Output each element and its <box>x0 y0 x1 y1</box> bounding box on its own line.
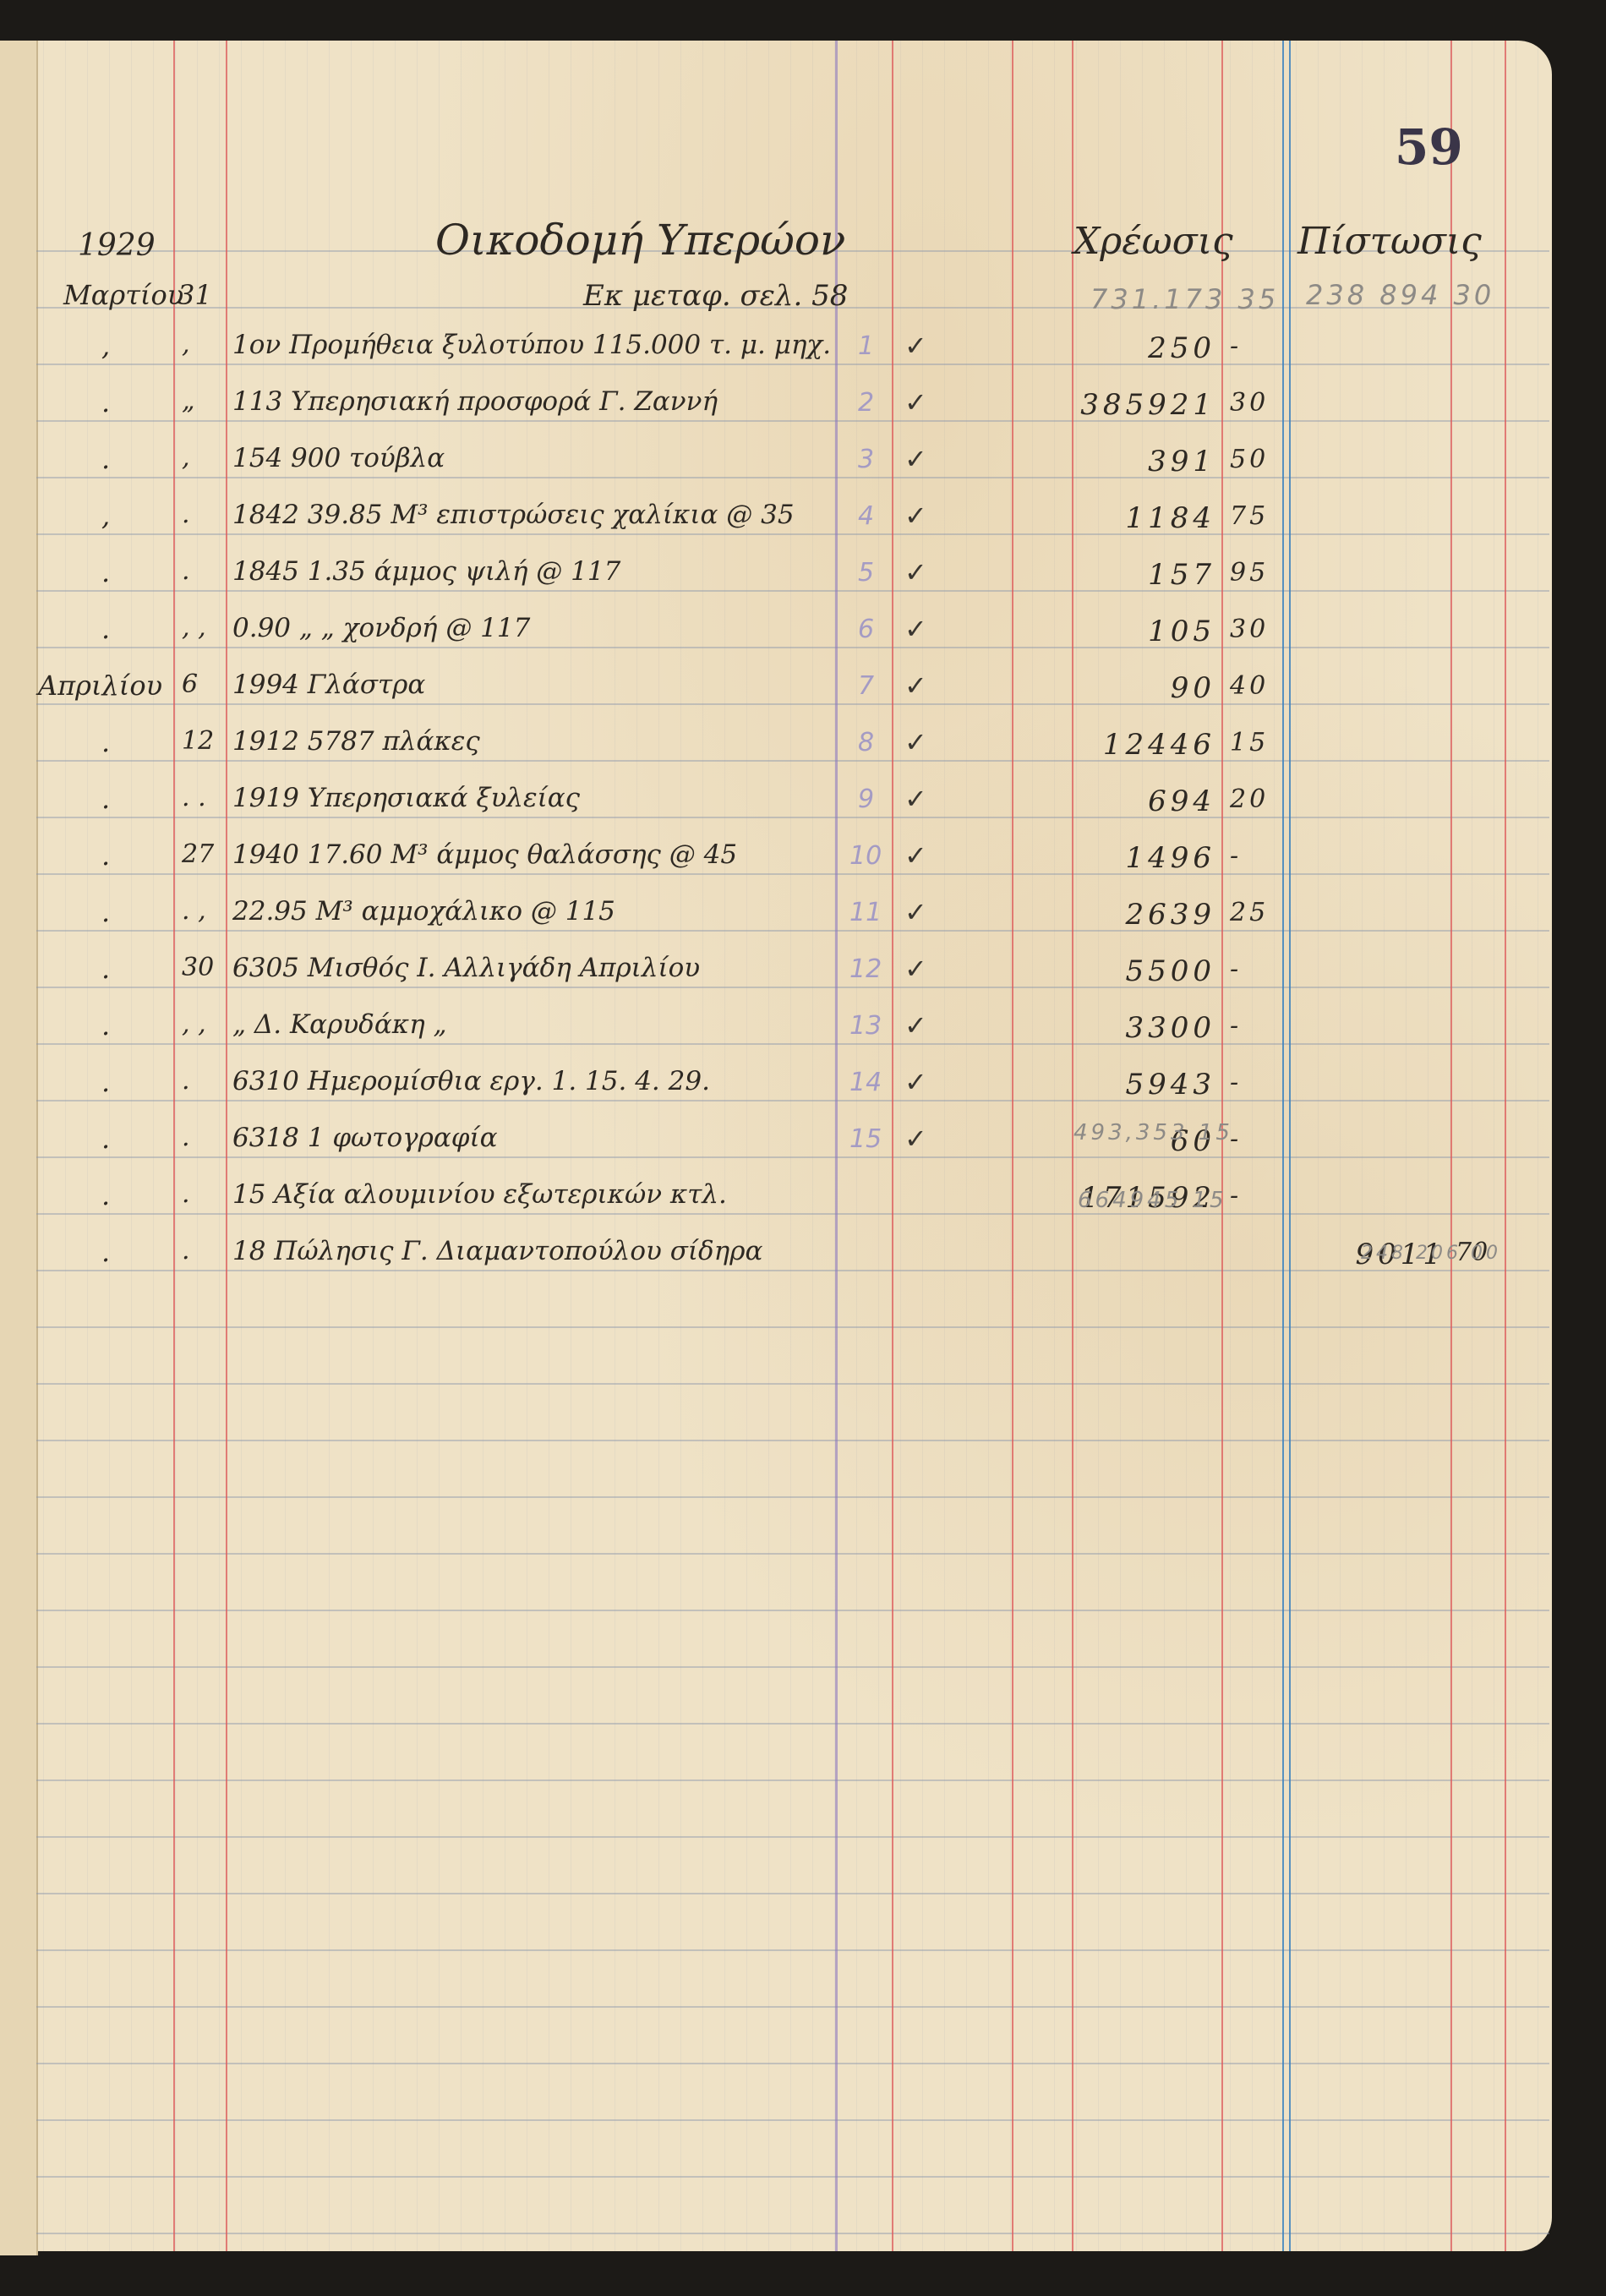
entry-reference-number: 8 <box>858 728 874 757</box>
debit-amount: 105 <box>1148 615 1215 648</box>
ruled-line <box>36 1666 1549 1668</box>
debit-amount: 1184 <box>1125 501 1215 535</box>
entry-reference-number: 12 <box>849 954 882 984</box>
entry-reference-number: 2 <box>858 388 874 418</box>
ruled-line <box>36 1553 1549 1555</box>
carry-month: Μαρτίου <box>63 279 183 311</box>
entry-description: 18 Πώλησις Γ. Διαμαντοπούλου σίδηρα <box>232 1236 762 1266</box>
entry-day: , , <box>182 1009 206 1039</box>
entry-day: . <box>182 1179 190 1209</box>
debit-amount-cell: 12446 <box>1072 728 1215 762</box>
ruled-line <box>36 2119 1549 2121</box>
debit-amount: 1496 <box>1125 841 1215 875</box>
page-number: 59 <box>1395 118 1463 176</box>
debit-cents: 40 <box>1230 671 1269 701</box>
ruled-line <box>36 1893 1549 1894</box>
debit-amount: 12446 <box>1103 728 1215 762</box>
entry-reference-number: 7 <box>858 671 874 701</box>
entry-reference-number: 6 <box>858 615 874 644</box>
entry-reference-number: 11 <box>849 898 882 927</box>
entry-month: . <box>101 556 110 588</box>
credit-amount-cell <box>1293 1011 1445 1045</box>
entry-description: 6310 Ημερομίσθια εργ. 1. 15. 4. 29. <box>232 1066 710 1096</box>
debit-amount: 90 <box>1171 671 1215 705</box>
checkmark-icon: ✓ <box>904 839 927 872</box>
checkmark-icon: ✓ <box>904 500 927 532</box>
credit-amount-cell <box>1293 841 1445 875</box>
debit-amount-cell: 1496 <box>1072 841 1215 875</box>
entry-day: . <box>182 1236 190 1266</box>
entry-day: . , <box>182 896 206 926</box>
ruled-line <box>36 1949 1549 1951</box>
checkmark-icon: ✓ <box>904 330 927 362</box>
credit-amount-cell <box>1293 615 1445 648</box>
debit-amount-cell: 5500 <box>1072 954 1215 988</box>
entry-day: 27 <box>182 839 214 869</box>
debit-amount-cell: 5943 <box>1072 1068 1215 1102</box>
debit-amount: 391 <box>1148 445 1215 478</box>
debit-amount: 157 <box>1148 558 1215 592</box>
ruled-line <box>36 1723 1549 1725</box>
checkmark-icon: ✓ <box>904 670 927 702</box>
checkmark-icon: ✓ <box>904 783 927 815</box>
debit-column-header: Χρέωσις <box>1073 220 1233 263</box>
year: 1929 <box>78 228 156 263</box>
entry-month: . <box>101 726 110 758</box>
entry-description: 1845 1.35 άμμος ψιλή @ 117 <box>232 556 620 587</box>
ruled-line <box>36 1779 1549 1781</box>
credit-amount-cell <box>1293 954 1445 988</box>
entry-description: 15 Αξία αλουμινίου εξωτερικών κτλ. <box>232 1179 727 1210</box>
debit-amount: 5500 <box>1125 954 1215 988</box>
pencil-subtotal-2: 664945 15 <box>1078 1188 1227 1213</box>
carry-credit: 238 894 30 <box>1306 279 1494 311</box>
credit-column-header: Πίστωσις <box>1297 220 1482 263</box>
entry-description: 113 Υπερησιακή προσφορά Γ. Ζαννή <box>232 386 718 417</box>
debit-credit-rule-a <box>1282 41 1284 2251</box>
entry-month: . <box>101 839 110 872</box>
carry-day: 31 <box>178 279 212 311</box>
debit-amount-cell <box>1072 1238 1215 1271</box>
debit-amount-cell: 250 <box>1072 331 1215 365</box>
debit-cents: 50 <box>1230 445 1269 474</box>
debit-cents: - <box>1230 1068 1242 1097</box>
ruled-line <box>36 1383 1549 1385</box>
ruled-line <box>36 1836 1549 1838</box>
entry-day: . <box>182 556 190 586</box>
entry-reference-number: 10 <box>849 841 882 871</box>
debit-amount: 2639 <box>1125 898 1215 932</box>
entry-description: 1ον Προμήθεια ξυλοτύπου 115.000 τ. μ. μη… <box>232 330 831 360</box>
checkmark-icon: ✓ <box>904 896 927 928</box>
entry-month: . <box>101 443 110 475</box>
entry-day: 12 <box>182 726 214 756</box>
entry-description: „ Δ. Καρυδάκη „ <box>232 1009 447 1040</box>
entry-description: 1912 5787 πλάκες <box>232 726 480 757</box>
margin-rule-2 <box>226 41 227 2251</box>
debit-cents: - <box>1230 841 1242 871</box>
debit-amount-cell: 90 <box>1072 671 1215 705</box>
entry-month: . <box>101 1123 110 1155</box>
entry-month: . <box>101 1066 110 1098</box>
entry-month: . <box>101 1179 110 1211</box>
ruled-line <box>36 1440 1549 1441</box>
entry-day: „ <box>182 386 195 416</box>
margin-rule-1 <box>173 41 175 2251</box>
entry-reference-number: 14 <box>849 1068 882 1097</box>
ruled-line <box>36 1496 1549 1498</box>
entry-description: 6318 1 φωτογραφία <box>232 1123 498 1153</box>
entry-description: 1994 Γλάστρα <box>232 670 425 700</box>
checkmark-icon: ✓ <box>904 556 927 588</box>
entry-description: 1842 39.85 M³ επιστρώσεις χαλίκια @ 35 <box>232 500 795 530</box>
ruled-line <box>36 1610 1549 1611</box>
checkmark-icon: ✓ <box>904 726 927 758</box>
entry-reference-number: 5 <box>858 558 874 588</box>
entry-day: 30 <box>182 953 214 982</box>
credit-amount-cell <box>1293 445 1445 478</box>
debit-cents: 30 <box>1230 388 1269 418</box>
entry-description: 22.95 M³ αμμοχάλικο @ 115 <box>232 896 615 927</box>
debit-cents: 95 <box>1230 558 1269 588</box>
cents-rule-debit <box>1221 41 1223 2251</box>
entry-description: 0.90 „ „ χονδρή @ 117 <box>232 613 530 643</box>
entry-month: , <box>101 330 110 362</box>
checkmark-icon: ✓ <box>904 386 927 418</box>
entry-reference-number: 4 <box>858 501 874 531</box>
debit-cents: 25 <box>1230 898 1269 927</box>
credit-amount-cell <box>1293 671 1445 705</box>
entry-month: . <box>101 953 110 985</box>
checkmark-icon: ✓ <box>904 613 927 645</box>
entry-reference-number: 13 <box>849 1011 882 1041</box>
debit-amount: 5943 <box>1125 1068 1215 1102</box>
debit-amount-cell: 391 <box>1072 445 1215 478</box>
credit-amount-cell <box>1293 558 1445 592</box>
checkmark-icon: ✓ <box>904 953 927 985</box>
entry-month: . <box>101 613 110 645</box>
entry-day: . . <box>182 783 206 812</box>
ruled-line <box>36 2063 1549 2064</box>
debit-amount-cell: 1184 <box>1072 501 1215 535</box>
credit-amount-cell <box>1293 898 1445 932</box>
debit-credit-rule-b <box>1289 41 1291 2251</box>
credit-amount-cell <box>1293 331 1445 365</box>
pencil-subtotal-1: 493,353 15 <box>1073 1120 1233 1145</box>
carry-debit: 731.173 35 <box>1090 283 1279 315</box>
debit-cents: 20 <box>1230 784 1269 814</box>
cents-rule-credit <box>1450 41 1452 2251</box>
reference-rule <box>835 41 838 2251</box>
entry-month: . <box>101 896 110 928</box>
debit-cents: - <box>1230 954 1242 984</box>
entry-description: 6305 Μισθός Ι. Αλλιγάδη Απριλίου <box>232 953 700 983</box>
entry-day: , , <box>182 613 206 642</box>
credit-amount-cell <box>1293 728 1445 762</box>
checkmark-icon: ✓ <box>904 443 927 475</box>
debit-cents: - <box>1230 1011 1242 1041</box>
debit-amount: 3300 <box>1125 1011 1215 1045</box>
debit-cents: - <box>1230 331 1242 361</box>
debit-amount-cell: 385921 <box>1072 388 1215 422</box>
ruled-line <box>36 1326 1549 1328</box>
entry-day: , <box>182 330 190 359</box>
page-title: Οικοδομή Υπερώον <box>435 216 845 265</box>
debit-amount: 694 <box>1148 784 1215 818</box>
entry-month: Απριλίου <box>38 670 162 702</box>
page-spine-fold <box>0 41 38 2255</box>
entry-description: 1919 Υπερησιακά ξυλείας <box>232 783 580 813</box>
entry-reference-number: 1 <box>858 331 874 361</box>
debit-amount-cell: 3300 <box>1072 1011 1215 1045</box>
debit-amount-cell: 157 <box>1072 558 1215 592</box>
entry-day: 6 <box>182 670 198 699</box>
checkmark-icon: ✓ <box>904 1066 927 1098</box>
debit-amount-cell: 2639 <box>1072 898 1215 932</box>
entry-month: . <box>101 783 110 815</box>
page-subtitle: Εκ μεταφ. σελ. 58 <box>583 279 848 313</box>
debit-cents: 15 <box>1230 728 1269 757</box>
entry-month: . <box>101 1009 110 1041</box>
entry-reference-number: 15 <box>849 1124 882 1154</box>
credit-amount-cell <box>1293 1181 1445 1215</box>
debit-cents: 75 <box>1230 501 1269 531</box>
debit-amount-cell: 105 <box>1072 615 1215 648</box>
entry-month: . <box>101 1236 110 1268</box>
pencil-credit-total: 248 206 00 <box>1361 1243 1501 1264</box>
checkmark-icon: ✓ <box>904 1123 927 1155</box>
credit-amount-cell <box>1293 388 1445 422</box>
entry-reference-number: 9 <box>858 784 874 814</box>
credit-amount-cell <box>1293 1124 1445 1158</box>
debit-amount: 250 <box>1148 331 1215 365</box>
check-rule <box>892 41 893 2251</box>
credit-amount-cell <box>1293 1068 1445 1102</box>
entry-month: , <box>101 500 110 532</box>
entry-reference-number: 3 <box>858 445 874 474</box>
ruled-line <box>36 2233 1549 2234</box>
entry-day: . <box>182 1123 190 1152</box>
debit-amount: 385921 <box>1080 388 1215 422</box>
ruled-line <box>36 2006 1549 2008</box>
column-rule-1 <box>1012 41 1013 2251</box>
ruled-line <box>36 2176 1549 2178</box>
entry-month: . <box>101 386 110 418</box>
credit-amount-cell <box>1293 501 1445 535</box>
entry-day: , <box>182 443 190 473</box>
debit-cents: - <box>1230 1181 1242 1211</box>
credit-amount-cell <box>1293 784 1445 818</box>
right-margin-rule <box>1505 41 1506 2251</box>
entry-day: . <box>182 1066 190 1096</box>
checkmark-icon: ✓ <box>904 1009 927 1041</box>
entry-day: . <box>182 500 190 529</box>
entry-description: 1940 17.60 M³ άμμος θαλάσσης @ 45 <box>232 839 737 870</box>
debit-cents: 30 <box>1230 615 1269 644</box>
debit-amount-cell: 694 <box>1072 784 1215 818</box>
entry-description: 154 900 τούβλα <box>232 443 445 473</box>
